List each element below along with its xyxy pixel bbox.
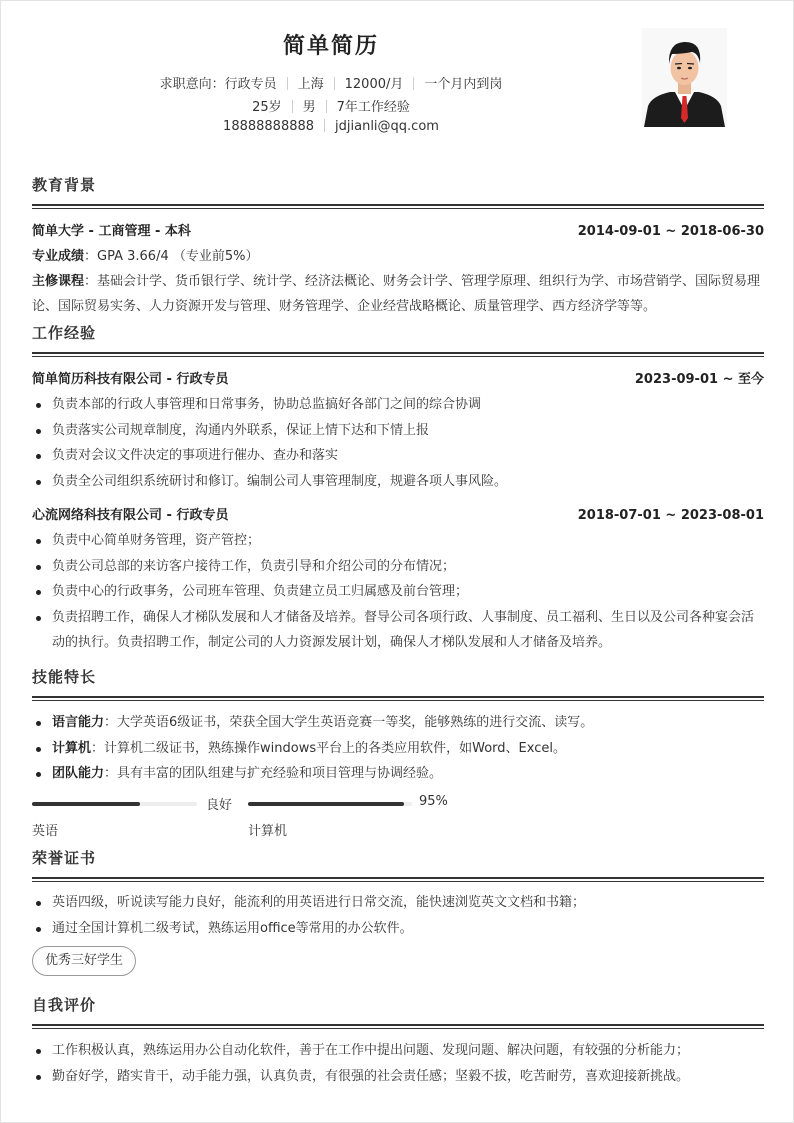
resume-name: 简单简历 [1,29,661,60]
job-intent-line: 求职意向：行政专员上海12000/月一个月内到岗 [1,73,661,92]
skill-name: 计算机 [248,820,287,839]
skills-section: 技能特长 语言能力：大学英语6级证书，荣获全国大学生英语竞赛一等奖，能够熟练的进… [32,666,764,844]
list-item: 语言能力：大学英语6级证书，荣获全国大学生英语竞赛一等奖，能够熟练的进行交流、读… [32,710,764,736]
list-item: 负责落实公司规章制度，沟通内外联系，保证上情下达和下情上报 [32,418,764,444]
skill-level: 95% [419,794,448,809]
job-header: 简单简历科技有限公司 - 行政专员 2023-09-01 ~ 至今 [32,367,764,392]
divider [292,100,293,113]
list-item: 负责对会议文件决定的事项进行催办、查办和落实 [32,443,764,469]
divider [287,77,288,90]
divider [413,77,414,90]
section-title: 工作经验 [32,322,764,344]
job-duties-list: 负责本部的行政人事管理和日常事务，协助总监搞好各部门之间的综合协调 负责落实公司… [32,392,764,494]
skill-level: 良好 [206,794,232,813]
courses-value: ：基础会计学、货币银行学、统计学、经济法概论、财务会计学、管理学原理、组织行为学… [32,274,760,314]
skills-list: 语言能力：大学英语6级证书，荣获全国大学生英语竞赛一等奖，能够熟练的进行交流、读… [32,710,764,787]
divider [326,100,327,113]
job-duties-list: 负责中心简单财务管理，资产管控； 负责公司总部的来访客户接待工作，负责引导和介绍… [32,528,764,656]
section-title: 教育背景 [32,174,764,196]
skill-bar-fill [248,802,404,806]
list-item: 计算机：计算机二级证书，熟练操作windows平台上的各类应用软件，如Word、… [32,736,764,762]
salary: 12000/月 [345,77,404,92]
education-section: 教育背景 简单大学 - 工商管理 - 本科 2014-09-01 ~ 2018-… [32,174,764,319]
skill-label: 计算机 [52,741,91,756]
skill-text: ：计算机二级证书，熟练操作windows平台上的各类应用软件，如Word、Exc… [91,741,566,756]
list-item: 负责中心的行政事务，公司班车管理、负责建立员工归属感及前台管理； [32,579,764,605]
honor-tag: 优秀三好学生 [32,946,136,976]
gender: 男 [303,100,316,115]
availability: 一个月内到岗 [424,77,502,92]
list-item: 负责全公司组织系统研讨和修订。编制公司人事管理制度，规避各项人事风险。 [32,469,764,495]
phone: 18888888888 [223,119,314,134]
skill-text: ：大学英语6级证书，荣获全国大学生英语竞赛一等奖，能够熟练的进行交流、读写。 [104,715,593,730]
skill-bar-computer [248,802,412,806]
self-evaluation-section: 自我评价 工作积极认真，熟练运用办公自动化软件，善于在工作中提出问题、发现问题、… [32,994,764,1089]
list-item: 工作积极认真，熟练运用办公自动化软件，善于在工作中提出问题、发现问题、解决问题，… [32,1038,764,1064]
skill-bars: 良好 英语 95% 计算机 [32,794,764,844]
avatar-portrait-icon [642,28,727,127]
skill-bar-fill [32,802,140,806]
list-item: 负责招聘工作，确保人才梯队发展和人才储备及培养。督导公司各项行政、人事制度、员工… [32,605,764,656]
skill-label: 语言能力 [52,715,104,730]
job-intent: 求职意向：行政专员 [160,77,277,92]
resume-header: 简单简历 求职意向：行政专员上海12000/月一个月内到岗 25岁男7年工作经验… [1,1,794,151]
city: 上海 [298,77,324,92]
job-heading: 心流网络科技有限公司 - 行政专员 [32,503,228,528]
job-dates: 2023-09-01 ~ 至今 [635,367,764,392]
list-item: 负责本部的行政人事管理和日常事务，协助总监搞好各部门之间的综合协调 [32,392,764,418]
list-item: 负责公司总部的来访客户接待工作，负责引导和介绍公司的分布情况； [32,554,764,580]
resume-page: 简单简历 求职意向：行政专员上海12000/月一个月内到岗 25岁男7年工作经验… [0,0,794,1123]
skill-label: 团队能力 [52,766,104,781]
email: jdjianli@qq.com [335,119,439,134]
gpa-line: 专业成绩：GPA 3.66/4 （专业前5%） [32,244,764,269]
divider [334,77,335,90]
honors-section: 荣誉证书 英语四级，听说读写能力良好，能流利的用英语进行日常交流，能快速浏览英文… [32,847,764,976]
courses-label: 主修课程 [32,274,84,289]
education-dates: 2014-09-01 ~ 2018-06-30 [578,219,764,244]
courses-line: 主修课程：基础会计学、货币银行学、统计学、经济法概论、财务会计学、管理学原理、组… [32,269,764,319]
experience-years: 7年工作经验 [337,100,410,115]
contact-line: 18888888888jdjianli@qq.com [1,119,661,134]
job-heading: 简单简历科技有限公司 - 行政专员 [32,367,228,392]
job-header: 心流网络科技有限公司 - 行政专员 2018-07-01 ~ 2023-08-0… [32,503,764,528]
skill-name: 英语 [32,820,58,839]
section-title: 技能特长 [32,666,764,688]
gpa-value: ：GPA 3.66/4 （专业前5%） [84,249,258,264]
education-entry-header: 简单大学 - 工商管理 - 本科 2014-09-01 ~ 2018-06-30 [32,219,764,244]
skill-bar-english [32,802,197,806]
list-item: 勤奋好学，踏实肯干，动手能力强，认真负责，有很强的社会责任感；坚毅不拔，吃苦耐劳… [32,1064,764,1090]
personal-info-line: 25岁男7年工作经验 [1,96,661,115]
list-item: 团队能力：具有丰富的团队组建与扩充经验和项目管理与协调经验。 [32,761,764,787]
section-title: 荣誉证书 [32,847,764,869]
divider [324,119,325,132]
work-section: 工作经验 简单简历科技有限公司 - 行政专员 2023-09-01 ~ 至今 负… [32,322,764,656]
skill-text: ：具有丰富的团队组建与扩充经验和项目管理与协调经验。 [104,766,442,781]
list-item: 负责中心简单财务管理，资产管控； [32,528,764,554]
self-evaluation-list: 工作积极认真，熟练运用办公自动化软件，善于在工作中提出问题、发现问题、解决问题，… [32,1038,764,1089]
job-dates: 2018-07-01 ~ 2023-08-01 [578,503,764,528]
gpa-label: 专业成绩 [32,249,84,264]
section-title: 自我评价 [32,994,764,1016]
list-item: 通过全国计算机二级考试，熟练运用office等常用的办公软件。 [32,916,764,942]
education-heading: 简单大学 - 工商管理 - 本科 [32,219,191,244]
avatar [642,28,727,127]
list-item: 英语四级，听说读写能力良好，能流利的用英语进行日常交流，能快速浏览英文文档和书籍… [32,890,764,916]
honors-list: 英语四级，听说读写能力良好，能流利的用英语进行日常交流，能快速浏览英文文档和书籍… [32,890,764,941]
age: 25岁 [252,100,282,115]
